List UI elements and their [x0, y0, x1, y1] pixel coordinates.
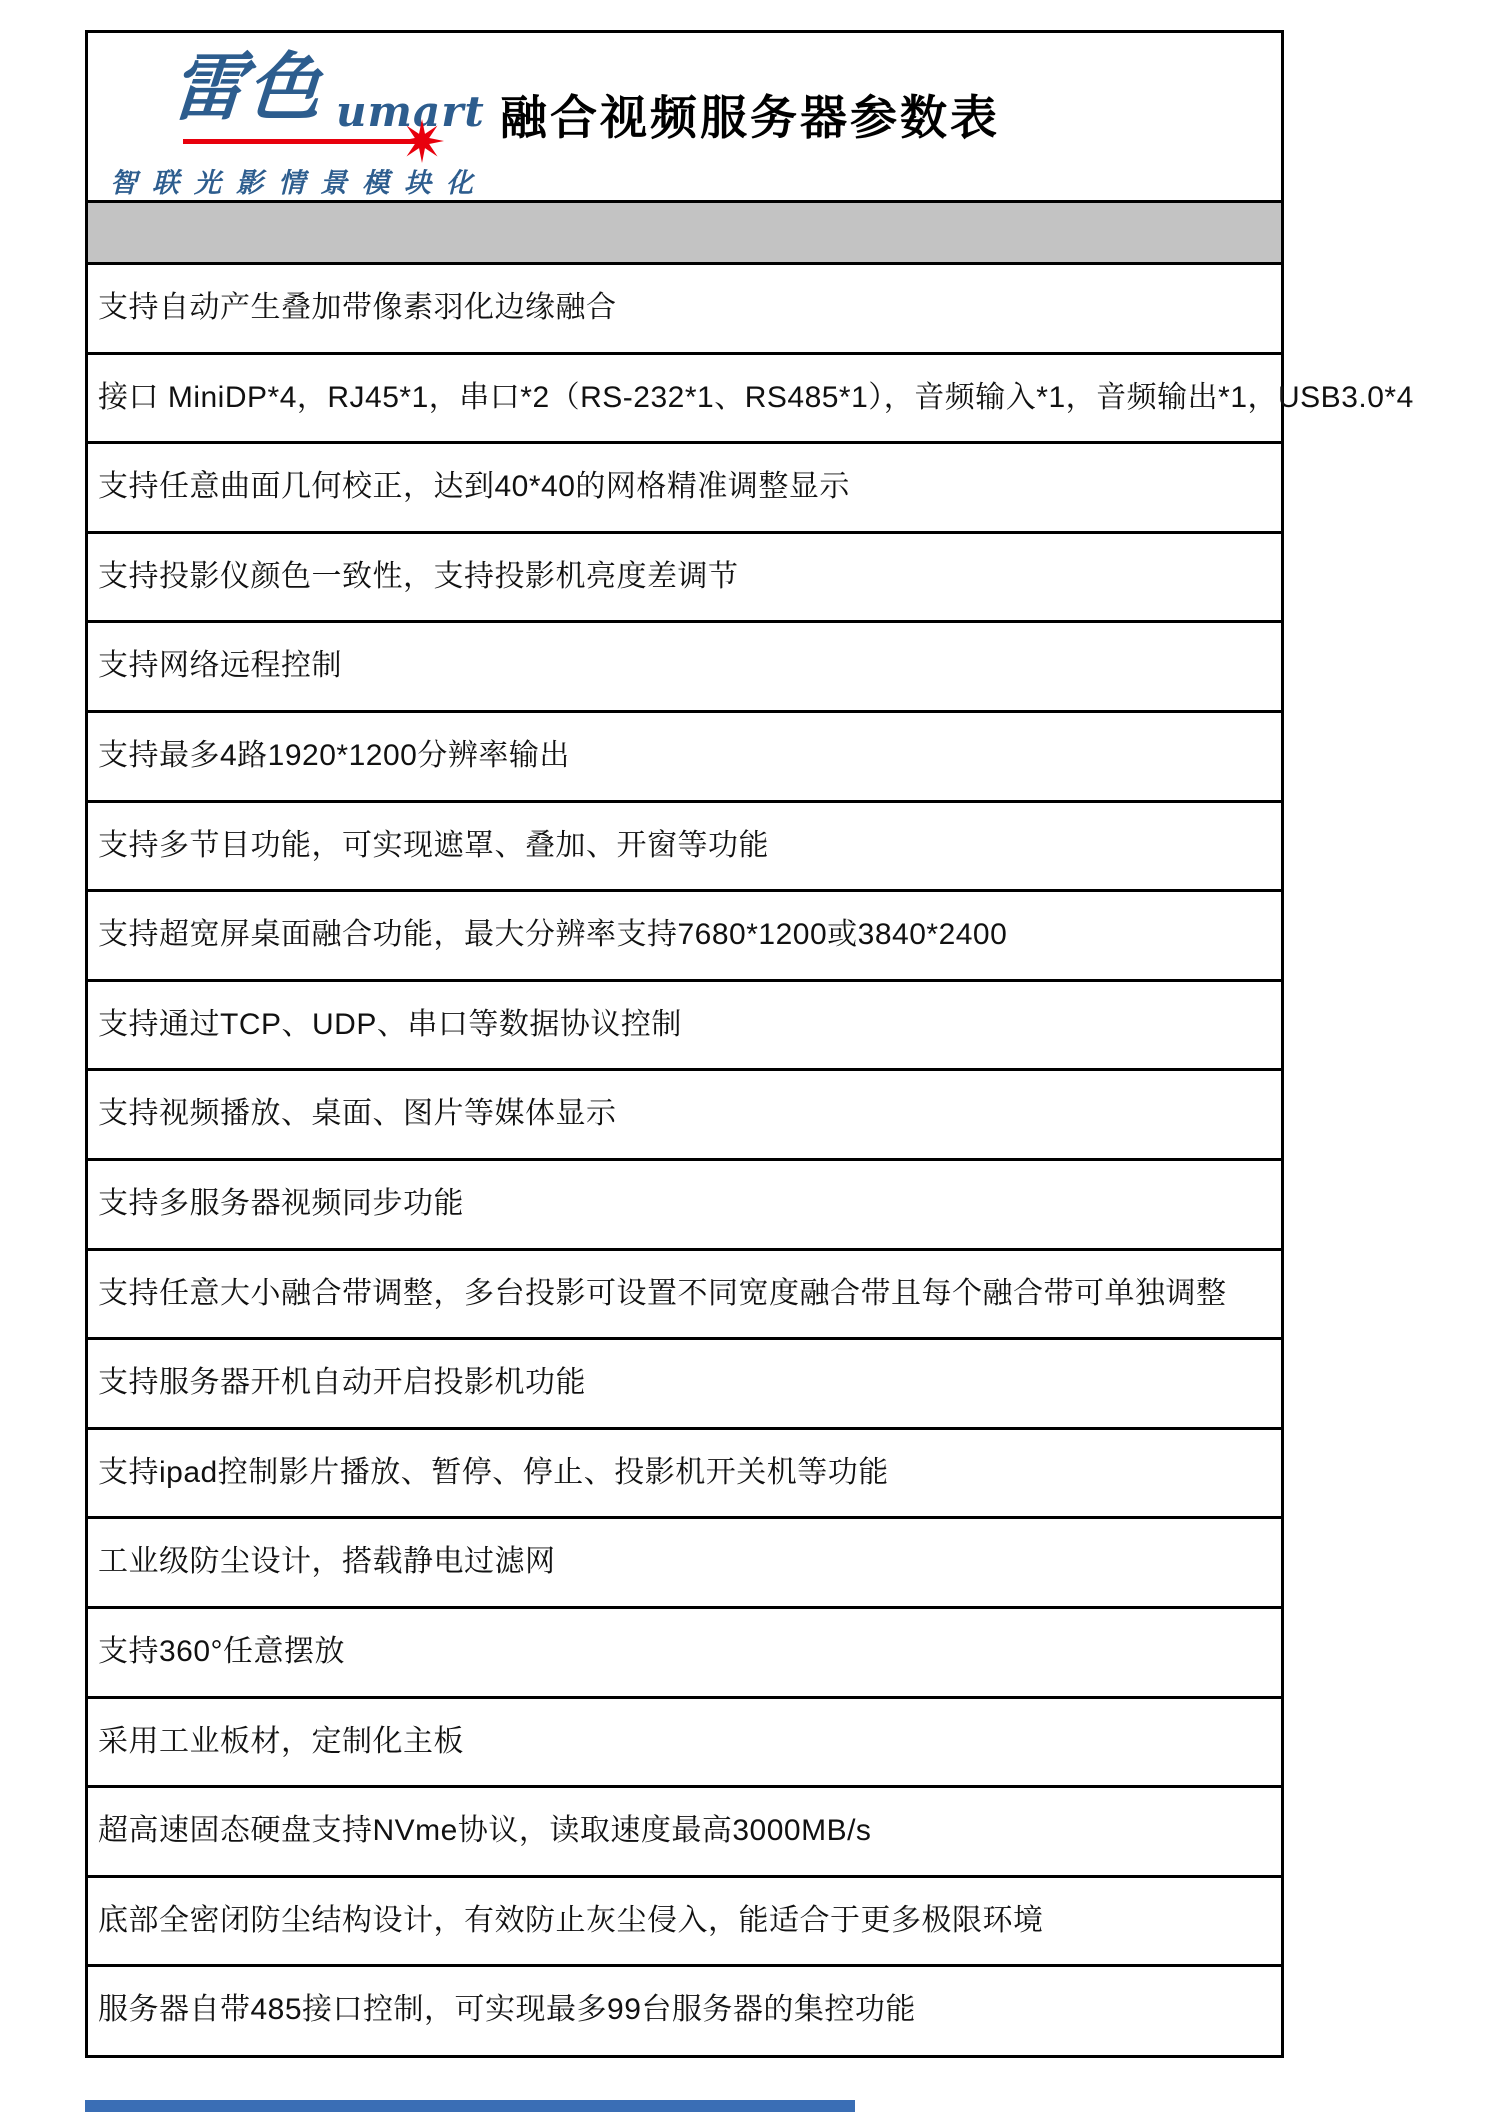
table-row: 接口 MiniDP*4，RJ45*1，串口*2（RS-232*1、RS485*1… [88, 352, 1281, 442]
brand-tagline: 智联光影情景模块化 [110, 161, 488, 200]
page: 雷色 umart 智联光影情景模块化 融合视频服务器参数表 支持自动产生叠加带像… [0, 0, 1500, 2122]
table-row: 支持ipad控制影片播放、暂停、停止、投影机开关机等功能 [88, 1427, 1281, 1517]
spec-row-text: 支持服务器开机自动开启投影机功能 [98, 1366, 586, 1401]
table-header-band [88, 200, 1281, 262]
spec-row-text: 支持多节目功能，可实现遮罩、叠加、开窗等功能 [98, 829, 769, 864]
spec-row-text: 支持通过TCP、UDP、串口等数据协议控制 [98, 1008, 682, 1043]
spec-row-text: 支持投影仪颜色一致性，支持投影机亮度差调节 [98, 560, 739, 595]
sheet-header: 雷色 umart 智联光影情景模块化 融合视频服务器参数表 [88, 33, 1281, 200]
spec-row-text: 支持360°任意摆放 [98, 1635, 345, 1670]
spec-row-text: 支持ipad控制影片播放、暂停、停止、投影机开关机等功能 [98, 1456, 889, 1491]
spec-row-text: 支持任意曲面几何校正，达到40*40的网格精准调整显示 [98, 470, 850, 505]
spec-row-text: 采用工业板材，定制化主板 [98, 1725, 464, 1760]
table-row: 支持最多4路1920*1200分辨率输出 [88, 710, 1281, 800]
spec-row-text: 支持多服务器视频同步功能 [98, 1187, 464, 1222]
spec-row-text: 工业级防尘设计，搭载静电过滤网 [98, 1545, 556, 1580]
table-row: 支持360°任意摆放 [88, 1606, 1281, 1696]
spec-row-text: 支持网络远程控制 [98, 649, 342, 684]
spec-sheet: 雷色 umart 智联光影情景模块化 融合视频服务器参数表 支持自动产生叠加带像… [85, 30, 1284, 2058]
table-row: 工业级防尘设计，搭载静电过滤网 [88, 1516, 1281, 1606]
logo-cn-text: 雷色 [168, 51, 325, 125]
spec-row-text: 服务器自带485接口控制，可实现最多99台服务器的集控功能 [98, 1993, 916, 2028]
table-row: 支持任意曲面几何校正，达到40*40的网格精准调整显示 [88, 441, 1281, 531]
table-row: 支持通过TCP、UDP、串口等数据协议控制 [88, 979, 1281, 1069]
logo-underline [183, 139, 415, 144]
spec-row-text: 支持最多4路1920*1200分辨率输出 [98, 739, 570, 774]
spec-row-text: 支持自动产生叠加带像素羽化边缘融合 [98, 291, 617, 326]
table-row: 支持多服务器视频同步功能 [88, 1158, 1281, 1248]
table-row: 支持自动产生叠加带像素羽化边缘融合 [88, 262, 1281, 352]
table-row: 采用工业板材，定制化主板 [88, 1696, 1281, 1786]
table-row: 超高速固态硬盘支持NVme协议，读取速度最高3000MB/s [88, 1785, 1281, 1875]
table-row: 支持多节目功能，可实现遮罩、叠加、开窗等功能 [88, 800, 1281, 890]
starburst-icon [400, 119, 444, 163]
table-row: 支持服务器开机自动开启投影机功能 [88, 1337, 1281, 1427]
footer-bar [85, 2100, 855, 2112]
spec-row-text: 接口 MiniDP*4，RJ45*1，串口*2（RS-232*1、RS485*1… [98, 381, 1414, 416]
spec-row-text: 支持超宽屏桌面融合功能，最大分辨率支持7680*1200或3840*2400 [98, 918, 1007, 953]
table-row: 支持网络远程控制 [88, 620, 1281, 710]
table-row: 支持超宽屏桌面融合功能，最大分辨率支持7680*1200或3840*2400 [88, 889, 1281, 979]
table-row: 支持视频播放、桌面、图片等媒体显示 [88, 1068, 1281, 1158]
spec-row-text: 支持任意大小融合带调整，多台投影可设置不同宽度融合带且每个融合带可单独调整 [98, 1277, 1227, 1312]
table-row: 底部全密闭防尘结构设计，有效防止灰尘侵入，能适合于更多极限环境 [88, 1875, 1281, 1965]
spec-row-text: 底部全密闭防尘结构设计，有效防止灰尘侵入，能适合于更多极限环境 [98, 1904, 1044, 1939]
spec-rows: 支持自动产生叠加带像素羽化边缘融合接口 MiniDP*4，RJ45*1，串口*2… [88, 262, 1281, 2054]
table-row: 支持任意大小融合带调整，多台投影可设置不同宽度融合带且每个融合带可单独调整 [88, 1248, 1281, 1338]
table-row: 支持投影仪颜色一致性，支持投影机亮度差调节 [88, 531, 1281, 621]
page-title: 融合视频服务器参数表 [500, 81, 1000, 148]
spec-row-text: 支持视频播放、桌面、图片等媒体显示 [98, 1097, 617, 1132]
spec-row-text: 超高速固态硬盘支持NVme协议，读取速度最高3000MB/s [98, 1814, 871, 1849]
table-row: 服务器自带485接口控制，可实现最多99台服务器的集控功能 [88, 1964, 1281, 2054]
